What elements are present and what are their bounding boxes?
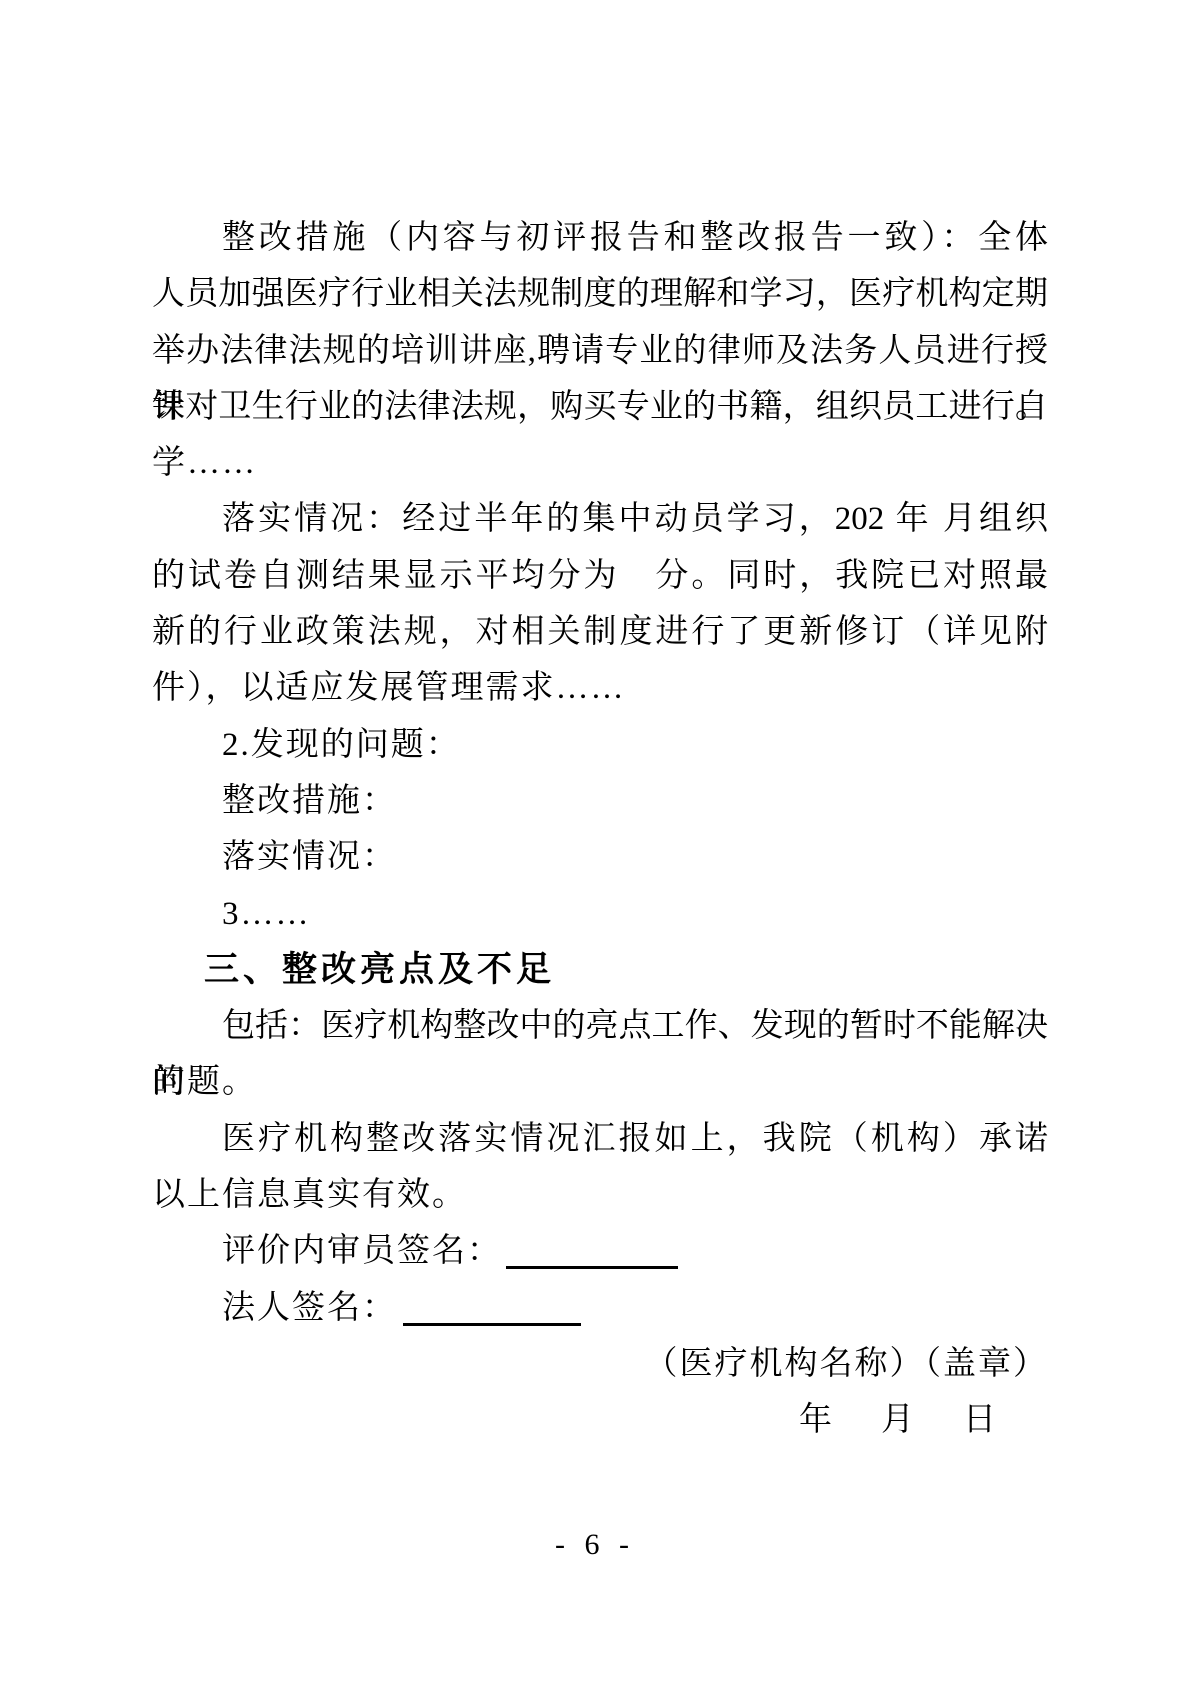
numbered-item: 2.发现的问题： (152, 717, 1048, 773)
paragraph-line: 整改措施（内容与初评报告和整改报告一致）：全体 (152, 210, 1048, 266)
legal-signature-blank (403, 1296, 581, 1326)
legal-signature-label: 法人签名： (222, 1290, 397, 1326)
document-body: 整改措施（内容与初评报告和整改报告一致）：全体 人员加强医疗行业相关法规制度的理… (152, 210, 1048, 1449)
legal-signature-line: 法人签名： (152, 1280, 1048, 1336)
paragraph-line: 学…… (152, 435, 1048, 491)
date-line: 年 月 日 (152, 1392, 1048, 1448)
paragraph-line: 问题。 (152, 1054, 1048, 1110)
org-seal-line: （医疗机构名称）（盖章） (152, 1336, 1048, 1392)
numbered-item: 3…… (152, 886, 1048, 942)
paragraph-line: 包括：医疗机构整改中的亮点工作、发现的暂时不能解决的 (152, 998, 1048, 1054)
section-heading: 三、整改亮点及不足 (152, 942, 1048, 998)
list-item: 整改措施： (152, 773, 1048, 829)
paragraph-line: 新的行业政策法规，对相关制度进行了更新修订（详见附 (152, 604, 1048, 660)
page-number: - 6 - (0, 1528, 1190, 1562)
paragraph-line: 件），以适应发展管理需求…… (152, 660, 1048, 716)
paragraph-line: 人员加强医疗行业相关法规制度的理解和学习，医疗机构定期 (152, 266, 1048, 322)
paragraph-line: 的试卷自测结果显示平均分为 分。同时，我院已对照最 (152, 548, 1048, 604)
document-page: 整改措施（内容与初评报告和整改报告一致）：全体 人员加强医疗行业相关法规制度的理… (0, 0, 1190, 1683)
paragraph-line: 医疗机构整改落实情况汇报如上，我院（机构）承诺 (152, 1111, 1048, 1167)
auditor-signature-label: 评价内审员签名： (222, 1233, 502, 1269)
paragraph-line: 针对卫生行业的法律法规，购买专业的书籍，组织员工进行自 (152, 379, 1048, 435)
paragraph-line: 举办法律法规的培训讲座,聘请专业的律师及法务人员进行授课。 (152, 323, 1048, 379)
auditor-signature-line: 评价内审员签名： (152, 1223, 1048, 1279)
paragraph-line: 落实情况：经过半年的集中动员学习，202 年 月组织 (152, 491, 1048, 547)
list-item: 落实情况： (152, 829, 1048, 885)
paragraph-line: 以上信息真实有效。 (152, 1167, 1048, 1223)
auditor-signature-blank (506, 1239, 678, 1269)
